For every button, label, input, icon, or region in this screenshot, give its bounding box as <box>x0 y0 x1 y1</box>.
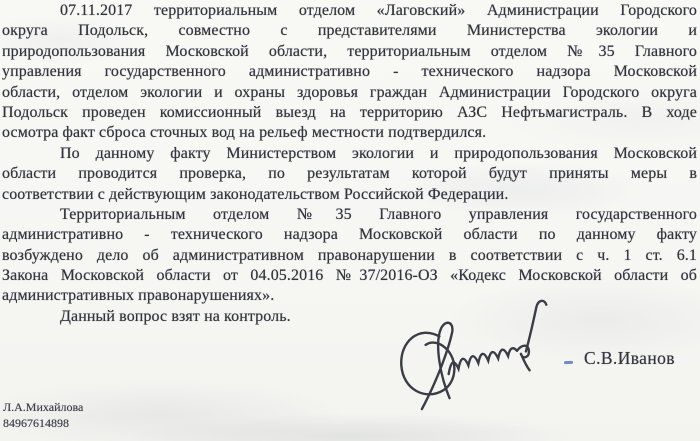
text-line: природопользования Московской области, т… <box>2 42 697 62</box>
text-line: области, отделом экологии и охраны здоро… <box>2 83 697 103</box>
letter-body: 07.11.2017 территориальным отделом «Лаго… <box>2 1 697 327</box>
signatory-name: С.В.Иванов <box>584 348 675 369</box>
executor-phone: 84967614898 <box>3 416 83 432</box>
text-line: Закона Московской области от 04.05.2016 … <box>2 266 697 286</box>
text-line: Подольск проведен комиссионный выезд на … <box>2 103 697 123</box>
pen-mark-dash <box>564 361 573 364</box>
signature-block: С.В.Иванов <box>390 295 690 415</box>
text-line: 07.11.2017 территориальным отделом «Лаго… <box>2 1 697 21</box>
scanned-letter-page: { "document": { "language": "ru", "parag… <box>0 0 700 441</box>
text-line: округа Подольск, совместно с представите… <box>2 21 697 41</box>
text-line: административно - технического надзора М… <box>2 225 697 245</box>
handwritten-signature-icon <box>388 292 572 416</box>
executor-info: Л.А.Михайлова 84967614898 <box>3 400 83 431</box>
text-line: возбуждено дело об административном прав… <box>2 246 697 266</box>
text-line: управления государственного администрати… <box>2 62 697 82</box>
text-line: соответствии с действующим законодательс… <box>2 185 697 205</box>
text-line: По данному факту Министерством экологии … <box>2 144 697 164</box>
executor-name: Л.А.Михайлова <box>3 400 83 416</box>
text-line: Территориальным отделом №35 Главного упр… <box>2 205 697 225</box>
text-line: осмотра факт сброса сточных вод на релье… <box>2 123 697 143</box>
text-line: области проводится проверка, по результа… <box>2 164 697 184</box>
